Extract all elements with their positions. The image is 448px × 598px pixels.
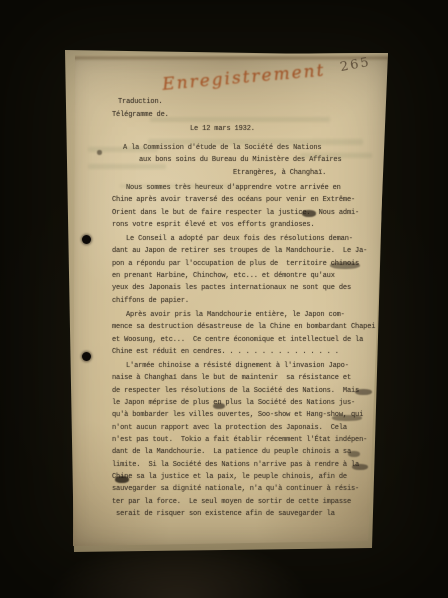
date-line: Le 12 mars 1932.: [190, 125, 255, 133]
typed-line: en prenant Harbine, Chinchow, etc... et …: [112, 270, 378, 282]
paragraph: Le Conseil a adopté par deux fois des ré…: [112, 233, 378, 307]
typed-line: mence sa destruction désastreuse de la C…: [112, 321, 378, 333]
ink-smudge: [355, 389, 372, 395]
typed-line: n'ont aucun rapport avec la protection d…: [112, 422, 378, 434]
photo-frame: Enregistrement 265 Traduction. Télégramm…: [0, 0, 448, 598]
ink-smudge: [332, 415, 362, 421]
typed-line: naise à Changhaï dans le but de mainteni…: [112, 372, 378, 384]
typed-line: rons votre esprit élevé et vos efforts g…: [112, 219, 378, 231]
hole-punch: [82, 352, 91, 361]
document-page: Enregistrement 265 Traduction. Télégramm…: [66, 50, 390, 550]
bleed-through-mark: [150, 117, 330, 122]
translation-label: Traduction.: [118, 98, 163, 106]
typed-line: Orient dans le but de faire respecter la…: [112, 207, 378, 219]
paragraph: Après avoir pris la Mandchourie entière,…: [112, 309, 378, 358]
typed-line: Le Conseil a adopté par deux fois des ré…: [112, 233, 378, 245]
ink-smudge: [352, 464, 368, 470]
typed-line: limite. Si la Société des Nations n'arri…: [112, 459, 378, 471]
ink-smudge: [213, 403, 225, 409]
body-paragraphs: Nous sommes très heureux d'apprendre vot…: [112, 182, 378, 522]
typed-line: chiffons de papier.: [112, 295, 378, 307]
hole-punch: [82, 235, 91, 244]
typed-line: yeux des Japonais les pactes internation…: [112, 282, 378, 294]
bleed-through-mark: [120, 184, 240, 188]
ink-smudge: [97, 150, 102, 155]
ink-smudge: [115, 476, 129, 483]
paragraph: Nous sommes très heureux d'apprendre vot…: [112, 182, 378, 231]
typed-text: Traduction. Télégramme de. Le 12 mars 19…: [66, 50, 390, 550]
ink-smudge: [302, 210, 316, 217]
typed-line: et Woosung, etc... Ce centre économique …: [112, 334, 378, 346]
typed-line: dant au Japon de retirer ses troupes de …: [112, 245, 378, 257]
typed-line: ter par la force. Le seul moyen de sorti…: [112, 496, 378, 508]
typed-line: de respecter les résolutions de la Socié…: [112, 385, 378, 397]
typed-line: serait de risquer son existence afin de …: [112, 508, 378, 520]
typed-line: L'armée chinoise a résisté dignement à l…: [112, 360, 378, 372]
typed-line: Chine après avoir traversé des océans po…: [112, 194, 378, 206]
typed-line: Chine est réduit en cendres. . . . . . .…: [112, 346, 378, 358]
typed-line: Après avoir pris la Mandchourie entière,…: [112, 309, 378, 321]
recipient-line: Etrangères, à Changhaï.: [233, 169, 326, 177]
typed-line: Chine sa la justice et la paix, le peupl…: [112, 471, 378, 483]
typed-line: dant de la Mandchourie. La patience du p…: [112, 446, 378, 458]
ink-smudge: [348, 451, 360, 457]
ink-smudge: [330, 262, 360, 269]
typed-line: sauvegarder sa dignité nationale, n'a qu…: [112, 483, 378, 495]
paragraph: L'armée chinoise a résisté dignement à l…: [112, 360, 378, 520]
typed-line: le Japon méprise de plus en plus la Soci…: [112, 397, 378, 409]
bleed-through-mark: [88, 164, 166, 169]
bleed-through-mark: [300, 153, 372, 158]
typed-line: n'est pas tout. Tokio a fait établir réc…: [112, 434, 378, 446]
bleed-through-mark: [148, 139, 363, 145]
